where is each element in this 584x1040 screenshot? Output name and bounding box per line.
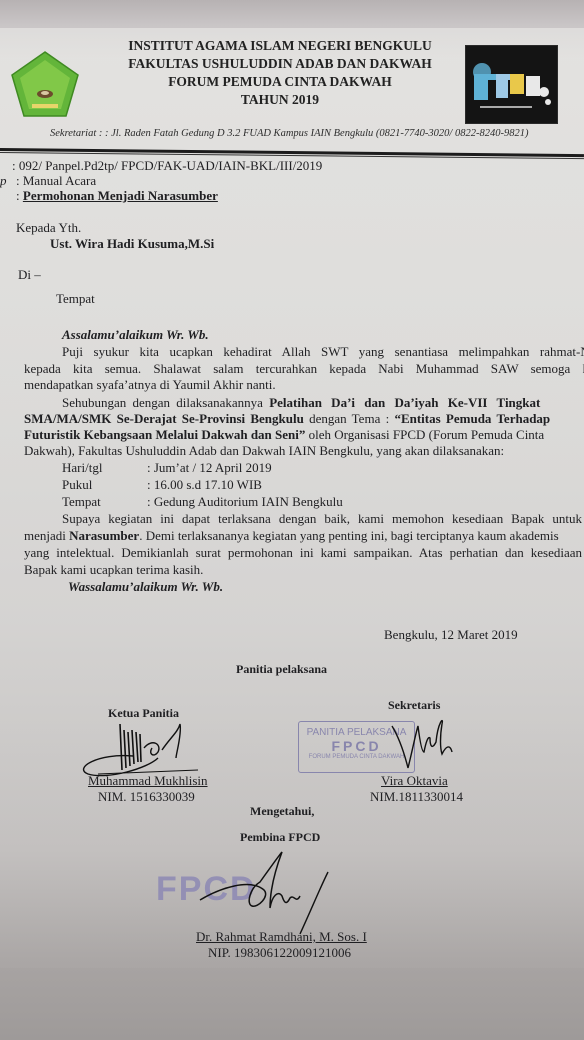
committee-heading: Panitia pelaksana [236,662,327,677]
place-date: Bengkulu, 12 Maret 2019 [384,627,518,643]
schedule-value-place: : Gedung Auditorium IAIN Bengkulu [147,494,343,510]
letterhead-line-4: TAHUN 2019 [90,92,470,108]
event-scope: SMA/MA/SMK Se-Derajat Se-Provinsi Bengku… [24,411,304,426]
chair-id: NIM. 1516330039 [98,789,195,805]
body-p3-l2c: . Demi terlaksananya kegiatan yang penti… [139,528,558,543]
schedule-value-time: : 16.00 s.d 17.10 WIB [147,477,262,493]
secretary-title: Sekretaris [388,698,440,713]
role-narasumber: Narasumber [69,528,139,543]
letterhead-line-3: FORUM PEMUDA CINTA DAKWAH [90,74,470,90]
schedule-label-place: Tempat [62,494,101,510]
event-name: Pelatihan Da’i dan Da’iyah Ke-VII Tingka… [269,395,540,410]
body-p3-l2a: menjadi [24,528,69,543]
closing-salam: Wassalamu’alaikum Wr. Wb. [68,579,223,595]
body-p1-line1: Puji syukur kita ucapkan kehadirat Allah… [62,344,584,360]
secretary-id: NIM.1811330014 [370,789,463,805]
advisor-id: NIP. 198306122009121006 [208,945,351,961]
letter-number: : 092/ Panpel.Pd2tp/ FPCD/FAK-UAD/IAIN-B… [12,158,322,174]
body-p3-line3: yang intelektual. Demikianlah surat perm… [24,545,582,561]
schedule-label-date: Hari/tgl [62,460,102,476]
body-p2-l2b: dengan Tema : [304,411,395,426]
advisor-title: Pembina FPCD [240,830,320,845]
letterhead-line-2: FAKULTAS USHULUDDIN ADAB DAN DAKWAH [90,56,470,72]
body-p2-line4: Dakwah), Fakultas Ushuluddin Adab dan Da… [24,443,504,459]
body-p1-line3: mendapatkan syafa’atnya di Yaumil Akhir … [24,377,276,393]
acknowledged-label: Mengetahui, [250,804,314,819]
attachment-value: : Manual Acara [16,173,96,189]
recipient-name: Ust. Wira Hadi Kusuma,M.Si [50,236,214,252]
event-theme-end: Futuristik Kebangsaan Melalui Dakwah dan… [24,427,305,442]
body-p1-line2: kepada kita semua. Shalawat salam tercur… [24,361,584,377]
body-p3-line4: Bapak kami ucapkan terima kasih. [24,562,203,578]
subject-colon: : [16,188,23,203]
iain-emblem-icon [10,50,80,118]
recipient-greeting: Kepada Yth. [16,220,81,236]
secretary-name: Vira Oktavia [381,773,448,789]
schedule-label-time: Pukul [62,477,92,493]
secretary-signature-icon [390,712,460,777]
letterhead-line-1: INSTITUT AGAMA ISLAM NEGERI BENGKULU [90,38,470,54]
fpcd-logo-icon [465,45,558,124]
subject: Permohonan Menjadi Narasumber [23,188,218,203]
attachment-label: p [0,173,7,189]
advisor-name: Dr. Rahmat Ramdhani, M. Sos. I [196,929,367,945]
schedule-value-date: : Jum’at / 12 April 2019 [147,460,272,476]
opening-salam: Assalamu’alaikum Wr. Wb. [62,327,209,343]
event-theme-start: “Entitas Pemuda Terhadap [394,411,550,426]
body-p2-l1a: Sehubungan dengan dilaksanakannya [62,395,269,410]
body-p2-l3b: oleh Organisasi FPCD (Forum Pemuda Cinta [305,427,544,442]
recipient-di: Di – [18,267,41,283]
recipient-place: Tempat [56,291,95,307]
chair-name: Muhammad Mukhlisin [88,773,208,789]
body-p3-line1: Supaya kegiatan ini dapat terlaksana den… [62,511,582,527]
secretariat-address: Sekretariat : : Jl. Raden Fatah Gedung D… [50,128,528,139]
